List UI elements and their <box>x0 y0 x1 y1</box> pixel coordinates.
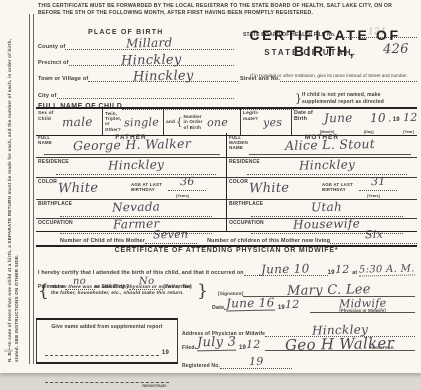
signature-year-value: 12 <box>285 298 300 311</box>
father-color-label: COLOR <box>38 180 57 186</box>
signature-date-value: June 16 <box>226 295 275 311</box>
father-age-value: 36 <box>180 175 195 188</box>
supplemental-label: Give name added from supplemental report <box>37 324 177 330</box>
plurality-value: single <box>124 115 159 129</box>
state-subtitle: STATE OF UTAH. <box>233 48 388 57</box>
filed-date-value: July 3 <box>197 335 237 352</box>
mother-color-value: White <box>249 181 290 197</box>
mother-residence-value: Hinckley <box>299 157 355 172</box>
birth-order-cell: and { Number in Order of Birth one <box>164 109 241 135</box>
dob-year-value: 12 <box>403 111 418 124</box>
mother-name-value: Alice L. Stout <box>285 136 375 153</box>
child-number-label: Number of Child of this Mother <box>60 238 145 244</box>
order-label: Number in Order of Birth <box>184 114 204 130</box>
physician-footnote: *When there was no attending physician o… <box>49 285 197 298</box>
sex-cell: Sex of Child male <box>36 109 103 135</box>
print-run-mark: 10m <box>4 348 13 353</box>
margin-side-note: N. B.—In case of more than one child at … <box>7 24 24 362</box>
children-living-value: Six <box>364 228 382 241</box>
footnote-brace-right: } <box>197 281 208 301</box>
registered-no-value: 19 <box>249 355 264 368</box>
signature-label: [Signature] <box>218 292 243 297</box>
footnote-brace-left: { <box>38 281 49 301</box>
mother-column: FULL MAIDEN NAME MOTHER Alice L. Stout R… <box>227 133 417 231</box>
children-living-label: Number of children of this Mother now li… <box>207 238 330 244</box>
dob-year-preprint: , 19 <box>389 117 400 123</box>
father-residence-value: Hinckley <box>108 157 164 172</box>
registered-no-label: Registered No. <box>182 363 220 369</box>
certificate-paper: N. B.—In case of more than one child at … <box>0 0 421 373</box>
registrar-caption: REGISTRAR. <box>370 345 395 350</box>
occurred-year-preprint: 19 <box>328 270 335 276</box>
date-of-birth-cell: Date of Birth June 10 , 19 12 [Month] [D… <box>292 109 417 135</box>
father-column: FULL NAME FATHER George H. Walker RESIDE… <box>36 133 227 231</box>
sex-value: male <box>62 115 93 130</box>
legitimate-value: yes <box>263 115 283 128</box>
sex-label: Sex of Child <box>38 111 60 122</box>
father-name-value: George H. Walker <box>73 136 191 153</box>
street-note: If in Hospital or other Institution, giv… <box>248 73 410 78</box>
forwarding-notice: THIS CERTIFICATE MUST BE FORWARDED BY TH… <box>38 3 408 17</box>
child-note: If child is not yet named, make suppleme… <box>302 92 416 105</box>
dob-month-value: June <box>324 111 353 126</box>
father-birthplace-value: Nevada <box>112 199 160 214</box>
registrar-signature-value: Geo H Walker <box>285 334 394 354</box>
father-color-value: White <box>58 181 99 197</box>
and-label: and <box>166 120 175 125</box>
mother-color-label: COLOR <box>229 180 248 186</box>
supplemental-year-preprint: 19 <box>162 350 169 356</box>
margin-rule <box>29 14 34 364</box>
father-age-label: AGE AT LAST BIRTHDAY <box>131 182 165 193</box>
at-label: at <box>352 270 357 276</box>
plurality-cell: Twin, Triplet, or Other? single <box>103 109 164 135</box>
mother-age-label: AGE AT LAST BIRTHDAY <box>322 182 356 193</box>
signature-title-caption: [Physician or Midwife] <box>310 308 415 313</box>
certificate-number: 426 <box>383 42 409 58</box>
occurred-date-value: June 10 <box>261 261 310 276</box>
occurred-year-value: 12 <box>334 263 349 276</box>
dob-day-value: 10 <box>370 111 386 125</box>
occurred-time-value: 5:30 A. M. <box>359 263 415 276</box>
signature-year-preprint: 19 <box>278 305 285 311</box>
supplemental-registrar-caption: REGISTRAR. <box>37 383 167 388</box>
mother-birthplace-value: Utah <box>311 200 342 215</box>
date-label: Date <box>212 305 224 311</box>
legitimate-cell: Legiti- mate? yes <box>241 109 292 135</box>
mother-age-value: 31 <box>371 175 386 188</box>
child-note-brace: } <box>295 92 302 105</box>
dob-label: Date of Birth <box>294 111 318 123</box>
order-brace: { <box>176 117 182 128</box>
order-value: one <box>206 115 227 128</box>
supplemental-report-box: Give name added from supplemental report… <box>36 318 178 364</box>
physician-certificate-heading: CERTIFICATE OF ATTENDING PHYSICIAN OR MI… <box>36 247 417 254</box>
child-number-value: Seven <box>153 228 189 242</box>
legitimate-label: Legiti- mate? <box>243 111 261 122</box>
